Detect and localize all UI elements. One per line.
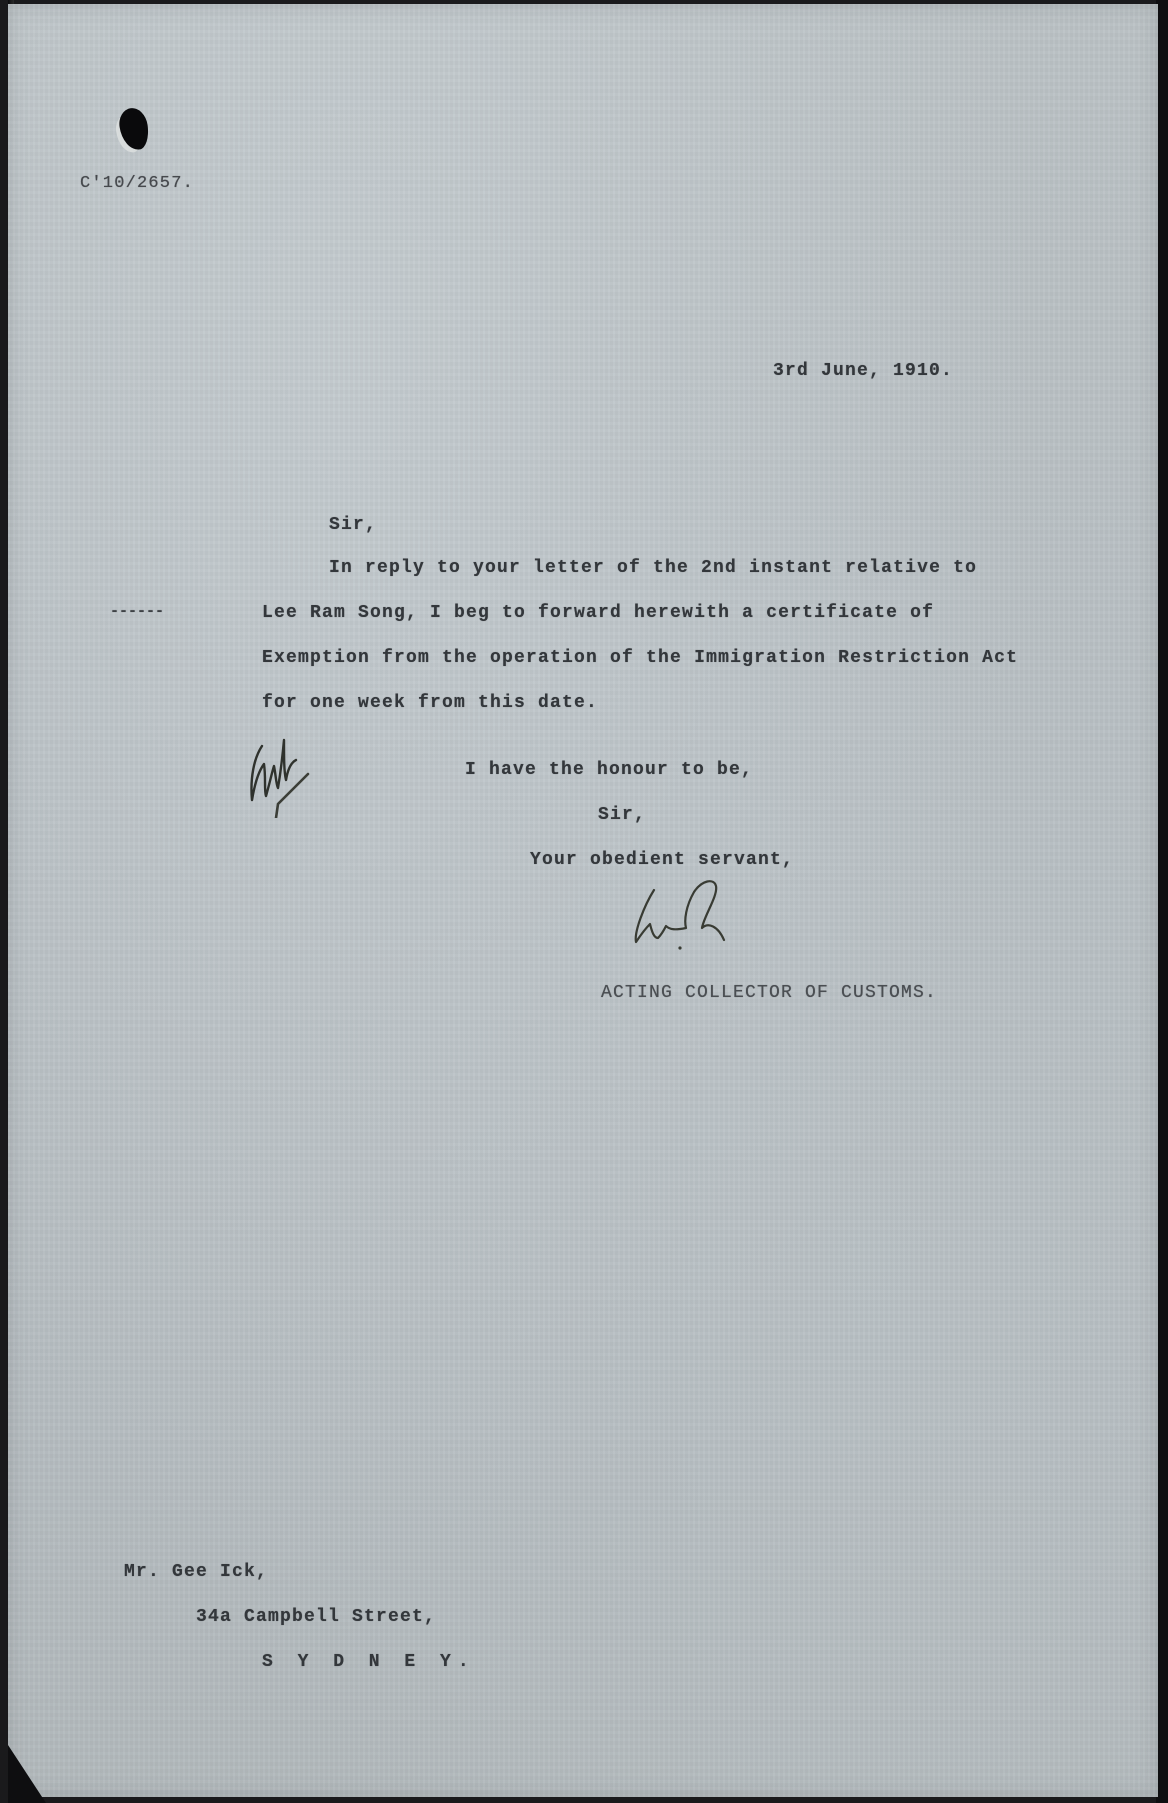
handwritten-signature-icon bbox=[628, 876, 748, 960]
addressee-street: 34a Campbell Street, bbox=[196, 1607, 436, 1627]
body-line: Exemption from the operation of the Immi… bbox=[262, 648, 1018, 668]
salutation: Sir, bbox=[329, 515, 377, 535]
addressee-city: S Y D N E Y. bbox=[262, 1652, 476, 1672]
closing-line: I have the honour to be, bbox=[465, 760, 753, 780]
torn-corner bbox=[8, 1745, 46, 1803]
closing-line: Sir, bbox=[598, 805, 646, 825]
closing-line: Your obedient servant, bbox=[530, 850, 794, 870]
body-line: Lee Ram Song, I beg to forward herewith … bbox=[262, 603, 934, 623]
margin-dashes: ------ bbox=[110, 603, 164, 620]
body-line: In reply to your letter of the 2nd insta… bbox=[329, 558, 977, 578]
letter-date: 3rd June, 1910. bbox=[773, 361, 953, 381]
handwritten-initials-icon bbox=[248, 718, 318, 818]
body-line: for one week from this date. bbox=[262, 693, 598, 713]
letter-page bbox=[8, 4, 1158, 1797]
reference-number: C'10/2657. bbox=[80, 174, 194, 193]
addressee-name: Mr. Gee Ick, bbox=[124, 1562, 268, 1582]
signatory-title: ACTING COLLECTOR OF CUSTOMS. bbox=[601, 983, 937, 1003]
